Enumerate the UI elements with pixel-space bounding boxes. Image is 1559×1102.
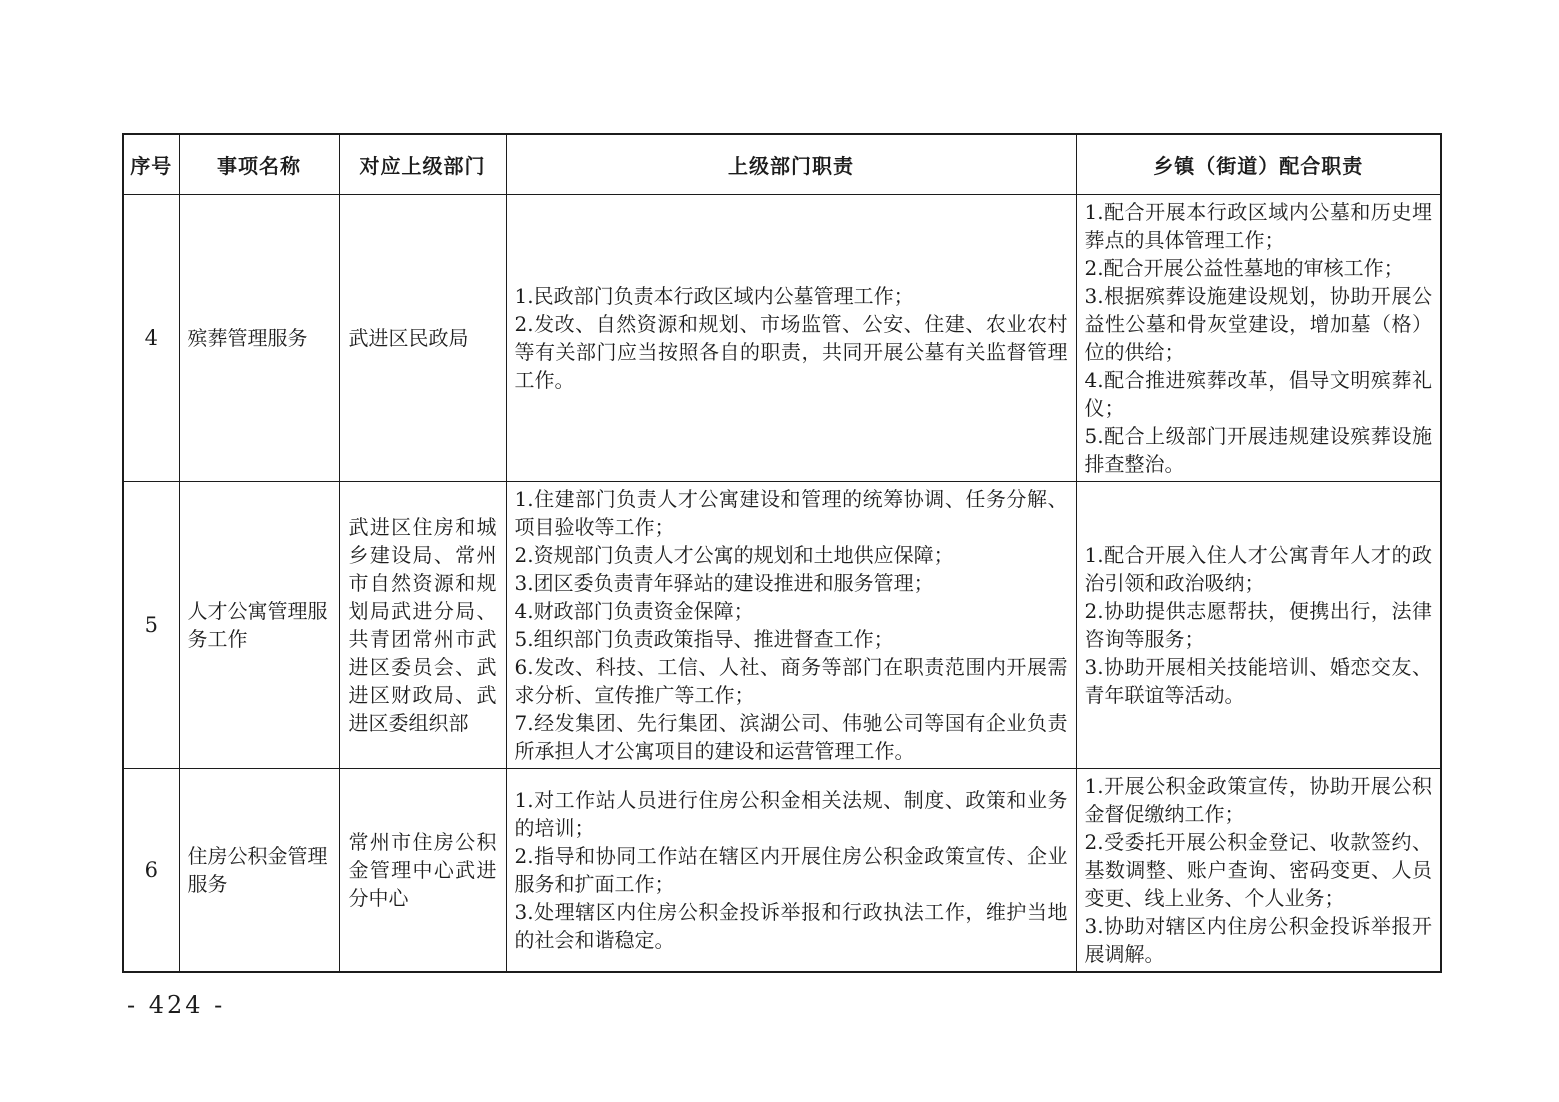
- cell-superior-department: 武进区民政局: [339, 195, 506, 482]
- cell-township-duties: 1.配合开展入住人才公寓青年人才的政治引领和政治吸纳； 2.协助提供志愿帮扶，便…: [1076, 482, 1441, 769]
- cell-superior-duties: 1.住建部门负责人才公寓建设和管理的统筹协调、任务分解、项目验收等工作； 2.资…: [506, 482, 1076, 769]
- cell-township-duties: 1.配合开展本行政区域内公墓和历史埋葬点的具体管理工作； 2.配合开展公益性墓地…: [1076, 195, 1441, 482]
- header-seq: 序号: [123, 134, 179, 195]
- header-superior-duties: 上级部门职责: [506, 134, 1076, 195]
- cell-township-duties: 1.开展公积金政策宣传，协助开展公积金督促缴纳工作； 2.受委托开展公积金登记、…: [1076, 769, 1441, 973]
- cell-superior-department: 武进区住房和城乡建设局、常州市自然资源和规划局武进分局、共青团常州市武进区委员会…: [339, 482, 506, 769]
- table-row: 6 住房公积金管理服务 常州市住房公积金管理中心武进分中心 1.对工作站人员进行…: [123, 769, 1441, 973]
- header-township-duties: 乡镇（街道）配合职责: [1076, 134, 1441, 195]
- cell-item-name: 住房公积金管理服务: [179, 769, 339, 973]
- table-header-row: 序号 事项名称 对应上级部门 上级部门职责 乡镇（街道）配合职责: [123, 134, 1441, 195]
- header-item-name: 事项名称: [179, 134, 339, 195]
- cell-seq: 4: [123, 195, 179, 482]
- cell-seq: 5: [123, 482, 179, 769]
- cell-superior-duties: 1.对工作站人员进行住房公积金相关法规、制度、政策和业务的培训； 2.指导和协同…: [506, 769, 1076, 973]
- cell-seq: 6: [123, 769, 179, 973]
- cell-item-name: 殡葬管理服务: [179, 195, 339, 482]
- cell-superior-duties: 1.民政部门负责本行政区域内公墓管理工作； 2.发改、自然资源和规划、市场监管、…: [506, 195, 1076, 482]
- cell-superior-department: 常州市住房公积金管理中心武进分中心: [339, 769, 506, 973]
- responsibility-table: 序号 事项名称 对应上级部门 上级部门职责 乡镇（街道）配合职责 4 殡葬管理服…: [122, 133, 1442, 973]
- header-superior-department: 对应上级部门: [339, 134, 506, 195]
- table-row: 4 殡葬管理服务 武进区民政局 1.民政部门负责本行政区域内公墓管理工作； 2.…: [123, 195, 1441, 482]
- table-row: 5 人才公寓管理服务工作 武进区住房和城乡建设局、常州市自然资源和规划局武进分局…: [123, 482, 1441, 769]
- cell-item-name: 人才公寓管理服务工作: [179, 482, 339, 769]
- page-number: - 424 -: [127, 991, 225, 1019]
- document-page: 序号 事项名称 对应上级部门 上级部门职责 乡镇（街道）配合职责 4 殡葬管理服…: [0, 0, 1559, 1102]
